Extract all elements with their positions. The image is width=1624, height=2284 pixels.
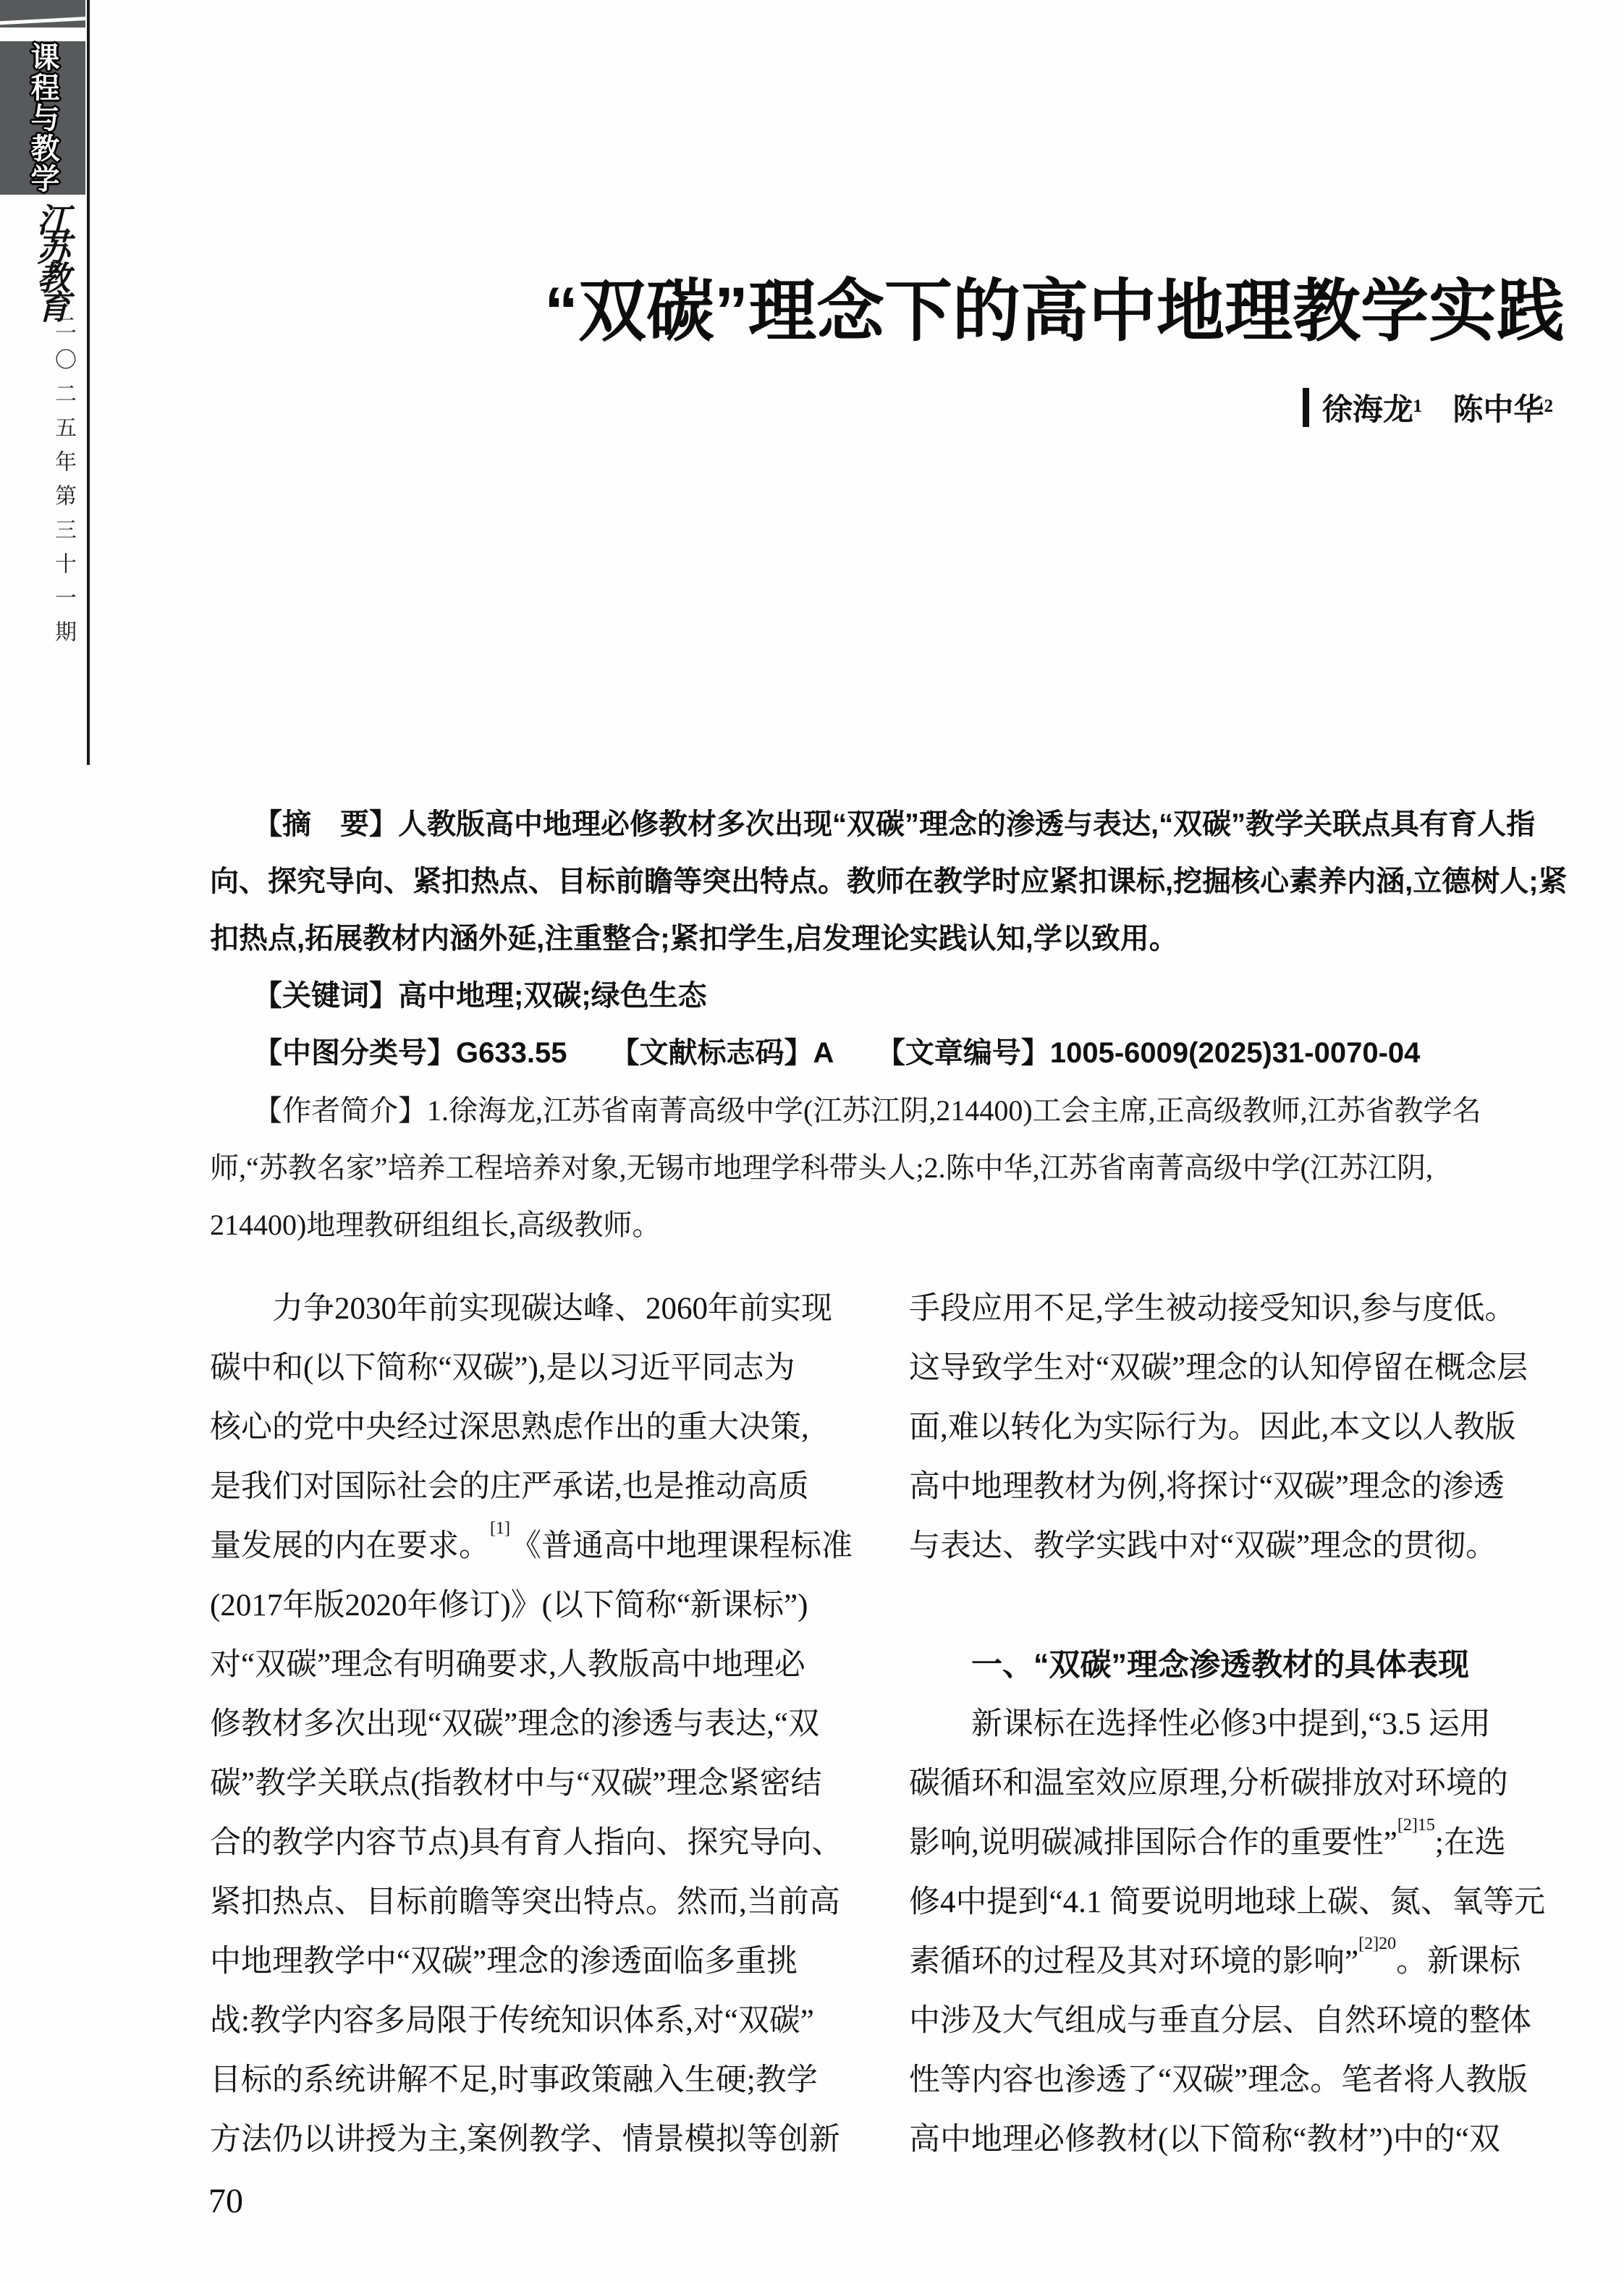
text-line: 高中地理教材为例,将探讨“双碳”理念的渗透: [909, 1458, 1557, 1517]
reference-superscript: [1]: [490, 1519, 510, 1538]
reference-superscript: [2]15: [1397, 1816, 1435, 1835]
text-line: 【摘 要】人教版高中地理必修教材多次出现“双碳”理念的渗透与表达,“双碳”教学关…: [210, 796, 1563, 853]
text-line: 素循环的过程及其对环境的影响”[2]20。新课标: [909, 1932, 1557, 1992]
text-line: 师,“苏教名家”培养工程培养对象,无锡市地理学科带头人;2.陈中华,江苏省南菁高…: [210, 1139, 1563, 1196]
keywords-line: 【关键词】高中地理;双碳;绿色生态: [210, 968, 1563, 1025]
text-line: 核心的党中央经过深思熟虑作出的重大决策,: [210, 1398, 853, 1458]
text-line: 与表达、教学实践中对“双碳”理念的贯彻。: [909, 1517, 1557, 1576]
sidebar-divider-rule: [87, 0, 90, 765]
section-tab-label: 课程与教学: [28, 42, 57, 194]
author-names: 徐海龙¹ 陈中华²: [1322, 386, 1553, 429]
text-line: 方法仍以讲授为主,案例教学、情景模拟等创新: [210, 2110, 853, 2170]
text-line: 中涉及大气组成与垂直分层、自然环境的整体: [909, 1992, 1557, 2051]
blank-line: [909, 1576, 1557, 1636]
text-line: 手段应用不足,学生被动接受知识,参与度低。: [909, 1280, 1557, 1339]
text-line: 中地理教学中“双碳”理念的渗透面临多重挑: [210, 1932, 853, 1992]
text-line: 扣热点,拓展教材内涵外延,注重整合;紧扣学生,启发理论实践认知,学以致用。: [210, 910, 1563, 968]
text-line: 合的教学内容节点)具有育人指向、探究导向、: [210, 1814, 853, 1873]
text-line: 对“双碳”理念有明确要求,人教版高中地理必: [210, 1636, 853, 1695]
text-line: 碳循环和温室效应原理,分析碳排放对环境的: [909, 1754, 1557, 1814]
text-line: 214400)地理教研组组长,高级教师。: [210, 1196, 1563, 1253]
text-line: 修教材多次出现“双碳”理念的渗透与表达,“双: [210, 1695, 853, 1754]
section-tab: 课程与教学: [0, 41, 85, 195]
text-line: 面,难以转化为实际行为。因此,本文以人教版: [909, 1398, 1557, 1458]
classification-line: 【中图分类号】G633.55 【文献标志码】A 【文章编号】1005-6009(…: [210, 1025, 1563, 1082]
section-heading: 一、“双碳”理念渗透教材的具体表现: [909, 1636, 1557, 1695]
text-line: 目标的系统讲解不足,时事政策融入生硬;教学: [210, 2051, 853, 2110]
text-line: 修4中提到“4.1 简要说明地球上碳、氮、氧等元: [909, 1873, 1557, 1932]
text-line: 【作者简介】1.徐海龙,江苏省南菁高级中学(江苏江阴,214400)工会主席,正…: [210, 1082, 1563, 1139]
authors-line: 徐海龙¹ 陈中华²: [1303, 386, 1553, 428]
body-column-right: 手段应用不足,学生被动接受知识,参与度低。这导致学生对“双碳”理念的认知停留在概…: [909, 1280, 1557, 2170]
text-line: 碳”教学关联点(指教材中与“双碳”理念紧密结: [210, 1754, 853, 1814]
text-line: 量发展的内在要求。[1]《普通高中地理课程标准: [210, 1517, 853, 1576]
author-bio-block: 【作者简介】1.徐海龙,江苏省南菁高级中学(江苏江阴,214400)工会主席,正…: [210, 1082, 1563, 1253]
article-meta-block: 【摘 要】人教版高中地理必修教材多次出现“双碳”理念的渗透与表达,“双碳”教学关…: [210, 796, 1563, 1253]
text-line: 战:教学内容多局限于传统知识体系,对“双碳”: [210, 1992, 853, 2051]
journal-name-calligraphy: 江苏教育: [35, 203, 68, 318]
article-title: “双碳”理念下的高中地理教学实践: [544, 274, 1565, 348]
reference-superscript: [2]20: [1358, 1934, 1396, 1953]
text-line: 紧扣热点、目标前瞻等突出特点。然而,当前高: [210, 1873, 853, 1932]
text-line: 新课标在选择性必修3中提到,“3.5 运用: [909, 1695, 1557, 1754]
sidebar-top-tab: [0, 0, 85, 28]
journal-page: 课程与教学 江苏教育 二〇二五年第三十一期 “双碳”理念下的高中地理教学实践 徐…: [0, 0, 1624, 2284]
author-marker-bar: [1303, 388, 1309, 427]
text-line: 这导致学生对“双碳”理念的认知停留在概念层: [909, 1339, 1557, 1398]
text-line: (2017年版2020年修订)》(以下简称“新课标”): [210, 1576, 853, 1636]
text-line: 性等内容也渗透了“双碳”理念。笔者将人教版: [909, 2051, 1557, 2110]
text-line: 影响,说明碳减排国际合作的重要性”[2]15;在选: [909, 1814, 1557, 1873]
text-line: 高中地理必修教材(以下简称“教材”)中的“双: [909, 2110, 1557, 2170]
body-column-left: 力争2030年前实现碳达峰、2060年前实现碳中和(以下简称“双碳”),是以习近…: [210, 1280, 853, 2170]
text-line: 向、探究导向、紧扣热点、目标前瞻等突出特点。教师在教学时应紧扣课标,挖掘核心素养…: [210, 853, 1563, 910]
abstract-block: 【摘 要】人教版高中地理必修教材多次出现“双碳”理念的渗透与表达,“双碳”教学关…: [210, 796, 1563, 968]
text-line: 是我们对国际社会的庄严承诺,也是推动高质: [210, 1458, 853, 1517]
text-line: 碳中和(以下简称“双碳”),是以习近平同志为: [210, 1339, 853, 1398]
journal-issue-label: 二〇二五年第三十一期: [52, 314, 74, 654]
page-number: 70: [208, 2180, 243, 2223]
tab-slash-mark: [0, 16, 85, 25]
text-line: 力争2030年前实现碳达峰、2060年前实现: [210, 1280, 853, 1339]
body-columns: 力争2030年前实现碳达峰、2060年前实现碳中和(以下简称“双碳”),是以习近…: [210, 1280, 1557, 2170]
